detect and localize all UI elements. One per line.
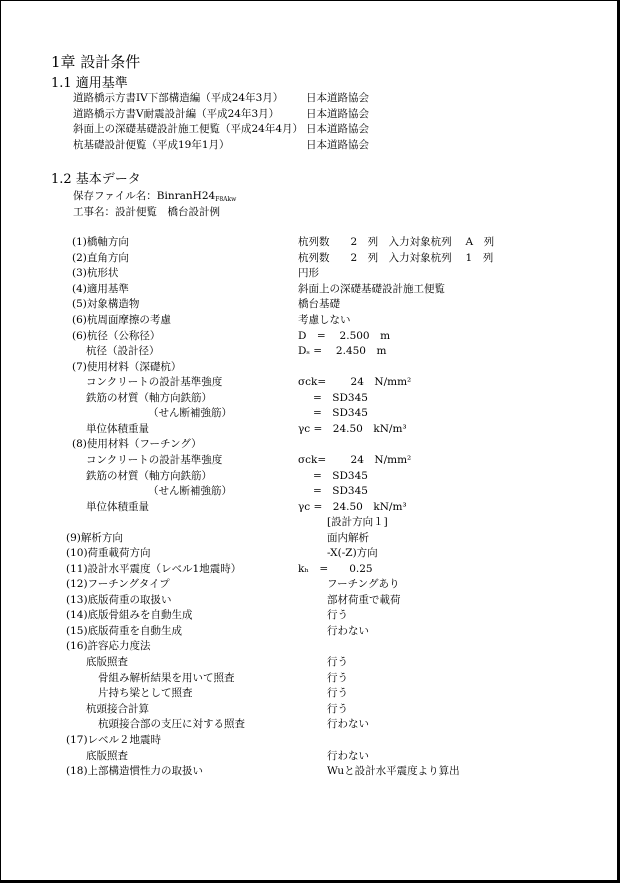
item-label: （せん断補強筋） <box>148 406 232 420</box>
section-title-1-1: 1.1 適用基準 <box>51 72 128 91</box>
item-label: (6)杭周面摩擦の考慮 <box>72 313 171 327</box>
item-label: 鉄筋の材質（軸方向鉄筋） <box>86 391 212 405</box>
item-label: 杭頭接合計算 <box>86 702 149 716</box>
project-name: 工事名：設計便覧 橋台設計例 <box>73 205 220 219</box>
item-value: [設計方向１] <box>327 515 388 529</box>
item-label: 底版照査 <box>86 655 128 669</box>
item-label: 骨組み解析結果を用いて照査 <box>98 671 235 685</box>
standard-name: 道路橋示方書V耐震設計編（平成24年3月） <box>73 107 279 121</box>
item-value: σck= 24 N/mm² <box>298 375 411 389</box>
item-value: 行わない <box>327 717 369 731</box>
item-label: (14)底版骨組みを自動生成 <box>66 608 193 622</box>
standard-org: 日本道路協会 <box>306 107 369 121</box>
item-label: (5)対象構造物 <box>72 297 139 311</box>
item-label: 杭頭接合部の支圧に対する照査 <box>98 717 245 731</box>
standard-org: 日本道路協会 <box>306 122 369 136</box>
item-label: （せん断補強筋） <box>148 484 232 498</box>
item-label: 鉄筋の材質（軸方向鉄筋） <box>86 469 212 483</box>
item-value: σck= 24 N/mm² <box>298 453 411 467</box>
item-value: 部材荷重で載荷 <box>327 593 401 607</box>
item-value: フーチングあり <box>327 577 399 591</box>
item-label: (2)直角方向 <box>72 251 129 265</box>
item-value: Wuと設計水平震度より算出 <box>327 764 460 778</box>
item-value: 考慮しない <box>298 313 351 327</box>
item-value: 行わない <box>327 624 369 638</box>
item-value: Dₛ = 2.450 m <box>298 344 386 358</box>
item-value: = SD345 <box>313 406 368 420</box>
item-label: (6)杭径（公称径） <box>72 329 160 343</box>
item-value: 円形 <box>298 266 319 280</box>
item-label: (12)フーチングタイプ <box>66 577 170 591</box>
save-file-label: 保存ファイル名：BinranH24 <box>73 190 215 202</box>
item-value: = SD345 <box>313 391 368 405</box>
item-value: 斜面上の深礎基礎設計施工便覧 <box>298 282 445 296</box>
item-label: コンクリートの設計基準強度 <box>86 453 222 467</box>
item-label: (3)杭形状 <box>72 266 118 280</box>
item-value: D = 2.500 m <box>298 329 390 343</box>
item-label: (1)橋軸方向 <box>72 235 129 249</box>
item-label: 片持ち梁として照査 <box>98 686 193 700</box>
standard-org: 日本道路協会 <box>306 91 369 105</box>
item-label: 底版照査 <box>86 749 128 763</box>
item-value: = SD345 <box>313 469 368 483</box>
document-page: 1章 設計条件 1.1 適用基準 道路橋示方書IV下部構造編（平成24年3月） … <box>0 0 620 883</box>
standard-name: 道路橋示方書IV下部構造編（平成24年3月） <box>73 91 283 105</box>
item-value: γc = 24.50 kN/m³ <box>298 422 407 436</box>
save-file-ext: F8Akw <box>215 196 236 203</box>
item-value: 杭列数 2 列 入力対象杭列 1 列 <box>298 251 493 265</box>
item-value: 橋台基礎 <box>298 297 340 311</box>
item-label: コンクリートの設計基準強度 <box>86 375 222 389</box>
item-value: 行う <box>327 671 348 685</box>
item-value: kₕ = 0.25 <box>298 562 373 576</box>
item-label: (13)底版荷重の取扱い <box>66 593 172 607</box>
item-label: (10)荷重載荷方向 <box>66 546 151 560</box>
item-label: (4)適用基準 <box>72 282 129 296</box>
standard-name: 斜面上の深礎基礎設計施工便覧（平成24年4月） <box>73 122 303 136</box>
item-label: (9)解析方向 <box>66 531 123 545</box>
item-label: 単位体積重量 <box>86 422 149 436</box>
item-label: (8)使用材料（フーチング） <box>72 437 202 451</box>
item-label: (18)上部構造慣性力の取扱い <box>66 764 203 778</box>
item-value: 行う <box>327 702 348 716</box>
standard-name: 杭基礎設計便覧（平成19年1月） <box>73 138 230 152</box>
item-value: γc = 24.50 kN/m³ <box>298 500 407 514</box>
item-value: 行う <box>327 686 348 700</box>
section-title-1-2: 1.2 基本データ <box>51 168 141 187</box>
item-label: (7)使用材料（深礎杭） <box>72 360 181 374</box>
item-label: (17)レベル２地震時 <box>66 733 161 747</box>
item-label: (11)設計水平震度（レベル1地震時） <box>66 562 241 576</box>
standard-org: 日本道路協会 <box>306 138 369 152</box>
item-value: -X(-Z)方向 <box>327 546 378 560</box>
item-value: 行わない <box>327 749 369 763</box>
item-value: 行う <box>327 655 348 669</box>
item-label: (16)許容応力度法 <box>66 639 151 653</box>
item-label: 杭径（設計径） <box>86 344 160 358</box>
chapter-title: 1章 設計条件 <box>51 51 140 72</box>
item-value: 面内解析 <box>327 531 369 545</box>
item-value: 杭列数 2 列 入力対象杭列 A 列 <box>298 235 494 249</box>
item-value: 行う <box>327 608 348 622</box>
item-label: 単位体積重量 <box>86 500 149 514</box>
item-value: = SD345 <box>313 484 368 498</box>
item-label: (15)底版荷重を自動生成 <box>66 624 182 638</box>
